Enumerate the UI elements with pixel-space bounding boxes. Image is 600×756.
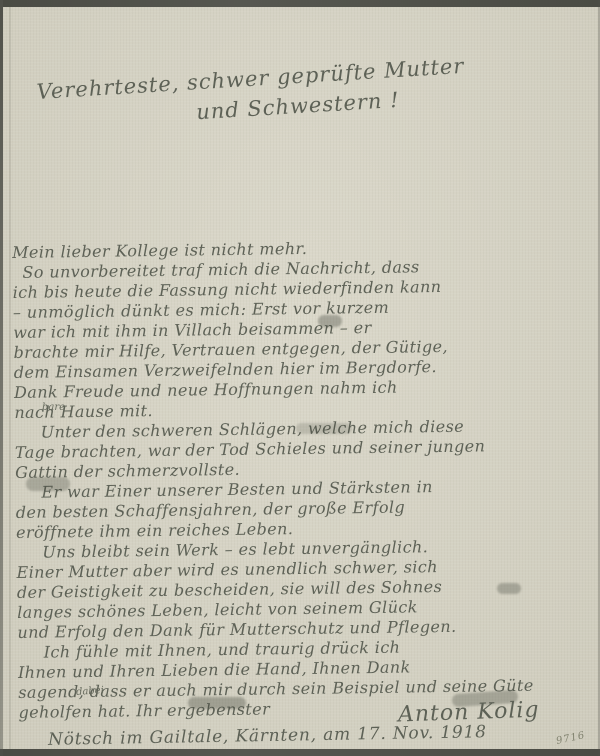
interline-insertion: bare xyxy=(42,402,65,413)
letter-body: Mein lieber Kollege ist nicht mehr. So u… xyxy=(12,235,600,723)
archive-number: 9716 xyxy=(555,730,586,747)
ink-smudge xyxy=(188,697,246,709)
letter-scan: Verehrteste, schwer geprüfte Mutter und … xyxy=(0,0,600,756)
interline-insertion: dabei xyxy=(76,685,105,698)
salutation: Verehrteste, schwer geprüfte Mutter und … xyxy=(36,51,508,134)
bottom-edge-band xyxy=(0,749,600,756)
paper-crease xyxy=(9,7,11,749)
ink-smudge xyxy=(497,583,521,594)
left-edge-shadow xyxy=(0,0,3,756)
dateline: Nötsch im Gailtale, Kärnten, am 17. Nov.… xyxy=(48,722,487,750)
top-edge-band xyxy=(0,0,600,7)
ink-smudge xyxy=(26,477,70,491)
ink-smudge xyxy=(296,423,352,434)
ink-smudge xyxy=(318,315,342,327)
